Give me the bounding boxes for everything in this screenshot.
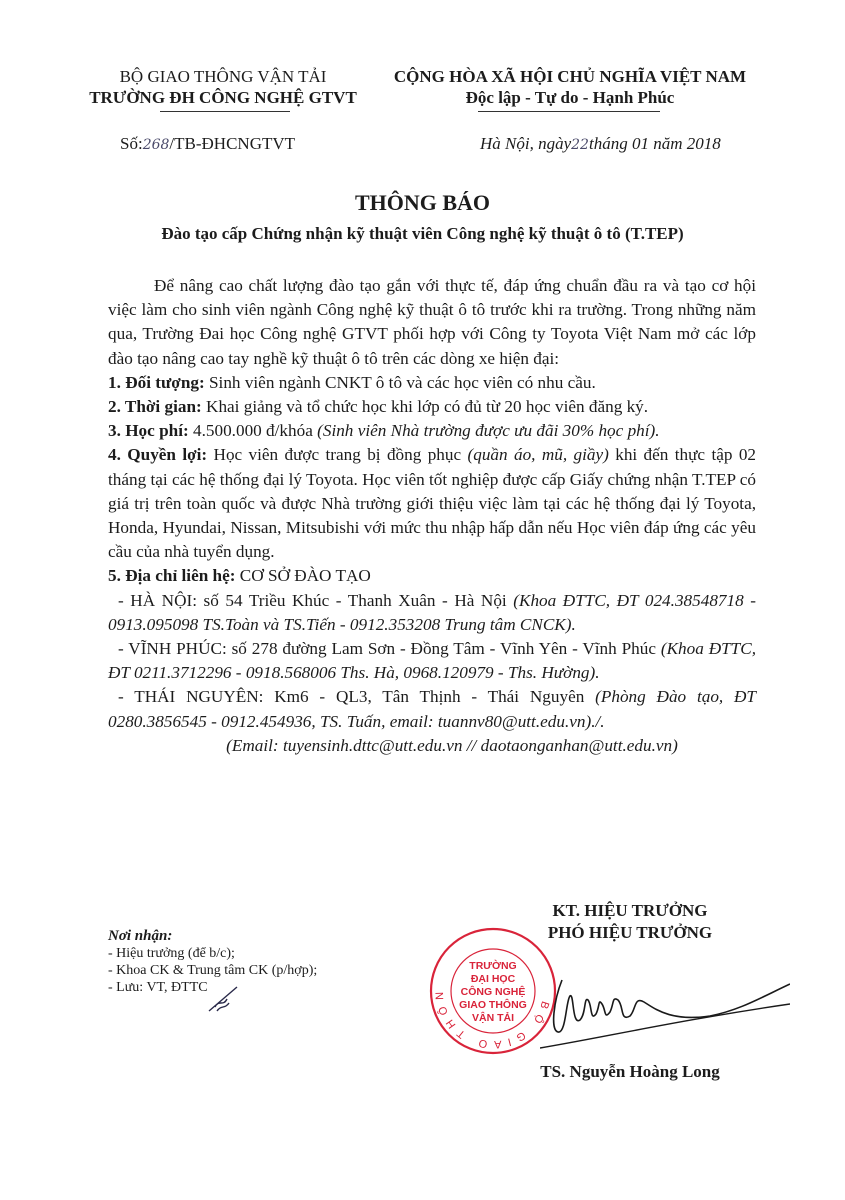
item-text: CƠ SỞ ĐÀO TẠO	[235, 566, 370, 585]
country-name: CỘNG HÒA XÃ HỘI CHỦ NGHĨA VIỆT NAM	[380, 66, 760, 87]
handwritten-day: 22	[571, 137, 589, 153]
items-list: 1. Đối tượng: Sinh viên ngành CNKT ô tô …	[108, 371, 756, 589]
item-text: 4.500.000 đ/khóa	[189, 421, 317, 440]
document-subtitle: Đào tạo cấp Chứng nhận kỹ thuật viên Côn…	[0, 224, 845, 244]
item-label: 2. Thời gian:	[108, 397, 202, 416]
item-label: 5. Địa chỉ liên hệ:	[108, 566, 235, 585]
item-label: 4. Quyền lợi:	[108, 445, 207, 464]
ministry-name: BỘ GIAO THÔNG VẬN TẢI	[88, 66, 358, 87]
address-text: - HÀ NỘI: số 54 Triều Khúc - Thanh Xuân …	[118, 591, 513, 610]
item-text: Sinh viên ngành CNKT ô tô và các học viê…	[205, 373, 596, 392]
svg-text:CÔNG NGHỆ: CÔNG NGHỆ	[461, 985, 526, 998]
address-2: - VĨNH PHÚC: số 278 đường Lam Sơn - Đồng…	[108, 637, 756, 685]
email-line: (Email: tuyensinh.dttc@utt.edu.vn // dao…	[108, 734, 756, 758]
signature-icon	[540, 960, 790, 1060]
item-5: 5. Địa chỉ liên hệ: CƠ SỞ ĐÀO TẠO	[108, 564, 756, 588]
item-text: Học viên được trang bị đồng phục	[207, 445, 467, 464]
school-name: TRƯỜNG ĐH CÔNG NGHỆ GTVT	[88, 87, 358, 108]
recipients-label: Nơi nhận:	[108, 928, 317, 945]
issuer-block: BỘ GIAO THÔNG VẬN TẢI TRƯỜNG ĐH CÔNG NGH…	[88, 66, 358, 108]
item-3: 3. Học phí: 4.500.000 đ/khóa (Sinh viên …	[108, 419, 756, 443]
svg-text:GIAO THÔNG: GIAO THÔNG	[459, 998, 527, 1011]
intro-paragraph: Để nâng cao chất lượng đào tạo gắn với t…	[108, 274, 756, 371]
addresses-list: - HÀ NỘI: số 54 Triều Khúc - Thanh Xuân …	[108, 589, 756, 734]
signatory-line1: KT. HIỆU TRƯỞNG	[500, 900, 760, 922]
signatory-name: TS. Nguyễn Hoàng Long	[510, 1062, 750, 1082]
svg-text:VẬN TẢI: VẬN TẢI	[472, 1011, 514, 1024]
item-label: 1. Đối tượng:	[108, 373, 205, 392]
svg-text:TRƯỜNG: TRƯỜNG	[469, 959, 516, 972]
item-label: 3. Học phí:	[108, 421, 189, 440]
national-motto: Độc lập - Tự do - Hạnh Phúc	[380, 87, 760, 108]
item-italic: (quần áo, mũ, giầy)	[468, 445, 609, 464]
item-italic: (Sinh viên Nhà trường được ưu đãi 30% họ…	[317, 421, 659, 440]
address-text: - VĨNH PHÚC: số 278 đường Lam Sơn - Đồng…	[118, 639, 661, 658]
document-date: Hà Nội, ngày22tháng 01 năm 2018	[480, 134, 721, 154]
motto-underline	[478, 111, 660, 112]
school-underline	[160, 111, 290, 112]
national-header: CỘNG HÒA XÃ HỘI CHỦ NGHĨA VIỆT NAM Độc l…	[380, 66, 760, 108]
initials-mark-icon	[207, 985, 247, 1013]
address-text: - THÁI NGUYÊN: Km6 - QL3, Tân Thịnh - Th…	[118, 687, 595, 706]
handwritten-number: 268	[143, 137, 170, 153]
item-2: 2. Thời gian: Khai giảng và tổ chức học …	[108, 395, 756, 419]
document-title: THÔNG BÁO	[0, 190, 845, 216]
recipient-item: - Khoa CK & Trung tâm CK (p/hợp);	[108, 962, 317, 979]
item-text: Khai giảng và tổ chức học khi lớp có đủ …	[202, 397, 648, 416]
address-1: - HÀ NỘI: số 54 Triều Khúc - Thanh Xuân …	[108, 589, 756, 637]
official-stamp-icon: BỘ GIAO THÔNG VẬN TẢI TRƯỜNGĐẠI HỌCCÔNG …	[428, 926, 558, 1056]
document-number: Số:268/TB-ĐHCNGTVT	[120, 134, 295, 154]
item-1: 1. Đối tượng: Sinh viên ngành CNKT ô tô …	[108, 371, 756, 395]
svg-text:ĐẠI HỌC: ĐẠI HỌC	[471, 973, 516, 985]
address-3: - THÁI NGUYÊN: Km6 - QL3, Tân Thịnh - Th…	[108, 685, 756, 733]
recipient-item: - Hiệu trưởng (để b/c);	[108, 945, 317, 962]
document-body: Để nâng cao chất lượng đào tạo gắn với t…	[108, 274, 756, 758]
item-4: 4. Quyền lợi: Học viên được trang bị đồn…	[108, 443, 756, 564]
